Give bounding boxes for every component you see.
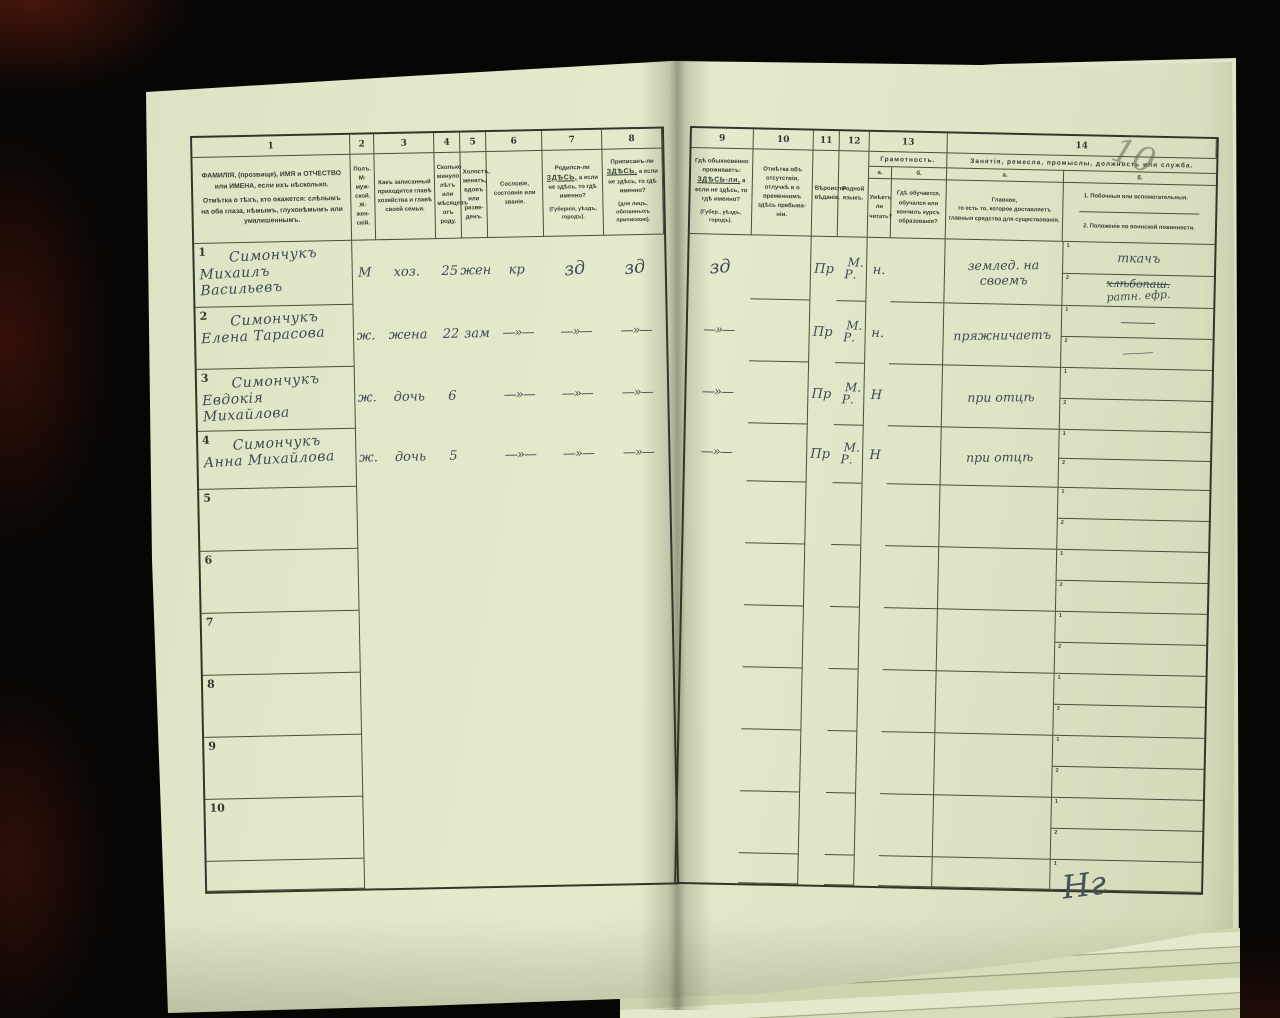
born-here-cell: —»— (547, 362, 608, 425)
estate-cell (496, 607, 553, 670)
sub-label-1: 1 (1067, 243, 1070, 249)
header-literacy: Грамотность. а. б. Умѣетъ ли читать? Гдѣ… (868, 152, 948, 240)
main-occupation-cell (934, 733, 1053, 797)
language-line2: Р. (842, 394, 854, 406)
language-line2: Р. (840, 454, 852, 466)
registered-here-cell: —»— (607, 360, 668, 423)
side-occupation-cell: 12 (1059, 430, 1211, 491)
sex-cell: ж. (356, 428, 381, 486)
side-occupation-sub2: 2 (1055, 642, 1207, 676)
estate-cell: —»— (489, 301, 546, 364)
sub-label-2: 2 (1066, 274, 1069, 280)
born-here-cell (549, 482, 610, 545)
born-here-cell (553, 668, 614, 731)
side-occupation-wrap: 1———2——— (1061, 306, 1213, 370)
marital-cell (475, 856, 502, 887)
side-occupation-wrap: 12 (1057, 488, 1209, 552)
relation-cell (384, 609, 445, 672)
religion-cell: Пр (810, 237, 837, 302)
sex-cell (362, 734, 387, 796)
side-occupation-sub1: 1 (1053, 736, 1205, 770)
registered-here-cell (615, 790, 676, 853)
relation-cell: жена (377, 303, 438, 366)
can-read-cell: Н (863, 426, 888, 484)
religion-cell: Пр (809, 301, 836, 364)
row-name-cell: 6 (200, 549, 359, 614)
side-occupation-wrap: 12 (1051, 798, 1203, 862)
main-occupation-cell: при отцѣ (941, 427, 1060, 487)
side-occupation-sub2: 2 (1060, 398, 1212, 432)
main-occupation-cell (938, 547, 1057, 611)
language-cell (825, 793, 856, 856)
religion-cell (805, 483, 832, 546)
sub-label-1: 1 (1055, 799, 1058, 805)
born-here-cell: —»— (545, 300, 606, 363)
absence-cell (748, 361, 809, 424)
language-cell: М.Р. (833, 425, 864, 484)
religion-cell (804, 545, 831, 608)
header-reg-pre: Приписанъ-ли (610, 159, 653, 166)
main-occupation-cell (933, 795, 1052, 859)
header-literacy-a: а. (869, 167, 892, 179)
row-name-cell (207, 859, 366, 892)
sub-label-2: 2 (1065, 337, 1068, 343)
estate-cell (498, 731, 555, 794)
registered-here-cell: —»— (608, 422, 669, 481)
row-name-cell: 9 (204, 735, 363, 800)
language-cell (829, 607, 860, 670)
header-occupation: Занятія, ремесла, промыслы, должность ил… (946, 153, 1217, 245)
header-name-main: ФАМИЛІЯ, (прозвище), ИМЯ и ОТЧЕСТВО или … (199, 169, 344, 193)
registered-here-cell (616, 852, 677, 883)
side-occupation-sub2: 2 (1051, 828, 1203, 862)
row-name-cell: 8 (203, 673, 362, 738)
age-cell: 22 (437, 303, 464, 366)
col-number-3: 3 (374, 133, 434, 154)
side-occupation-sub2: 2 (1056, 580, 1208, 614)
absence-cell (738, 853, 799, 884)
relation-cell (385, 671, 446, 734)
estate-cell (494, 545, 551, 608)
born-here-cell: —»— (548, 424, 609, 483)
usually-lives-cell (682, 542, 745, 605)
census-table-left-page: 1 2 3 4 5 6 7 8 ФАМИЛІЯ, (прозвище), ИМЯ… (190, 126, 679, 893)
school-cell (888, 364, 943, 427)
absence-cell (749, 299, 810, 362)
usually-lives-cell (683, 480, 746, 543)
language-cell (831, 483, 862, 546)
estate-cell: —»— (491, 363, 548, 426)
registered-here-cell: —»— (605, 298, 666, 361)
sub-label-2: 2 (1054, 829, 1057, 835)
row-name-cell: 1СимончукъМихаилъ Васильевъ (194, 241, 353, 308)
sub-label-1: 1 (1059, 613, 1062, 619)
header-occupation-military-desc: 2. Положеніе по воинской повинности. (1079, 212, 1199, 243)
main-occupation: при отцѣ (942, 366, 1060, 429)
born-here-cell (555, 792, 616, 855)
sub-label-2: 2 (1057, 705, 1060, 711)
header-literacy-b-desc: Гдѣ обучается, обучался или кончилъ курс… (891, 179, 946, 238)
absence-cell (744, 543, 805, 606)
header-absence: Отмѣтка объ отсутствіи, отлучкѣ и о врем… (752, 149, 814, 236)
estate-cell: —»— (492, 425, 549, 484)
usually-lives-cell: —»— (686, 360, 749, 423)
side-occupation-sub1: 1ткачъ (1063, 242, 1215, 277)
header-literacy-b: б. (892, 167, 946, 180)
side-occupation-cell: 12 (1060, 368, 1212, 433)
absence-cell (740, 729, 801, 792)
age-cell (442, 546, 469, 609)
side-occupation-sub2: 2 (1057, 518, 1209, 552)
sex-cell: ж. (353, 304, 378, 366)
school-cell (879, 794, 934, 857)
sub-label-1: 1 (1063, 431, 1066, 437)
military-status: ——— (1122, 346, 1153, 360)
relation-cell: хоз. (376, 239, 437, 304)
religion-cell (798, 854, 825, 885)
main-occupation-cell (939, 485, 1058, 549)
relation-cell (381, 485, 442, 548)
absence-cell (743, 605, 804, 668)
side-occupation-sub2: 2 (1059, 458, 1211, 490)
can-read-cell (856, 732, 881, 794)
registered-here-cell (612, 604, 673, 667)
can-read-cell (855, 794, 880, 856)
language-cell: М.Р. (836, 237, 867, 302)
side-occupation-cell: 12 (1057, 488, 1209, 553)
relation-cell: дочь (380, 427, 441, 486)
marital-cell (470, 608, 497, 671)
side-occupation-sub1: 1 (1057, 550, 1209, 584)
side-occupation-wrap: 12 (1056, 550, 1208, 614)
school-cell (883, 608, 938, 671)
header-name-column: ФАМИЛІЯ, (прозвище), ИМЯ и ОТЧЕСТВО или … (192, 155, 352, 244)
usually-lives-cell (676, 852, 739, 883)
header-born-here: Родился-ли ЗДѢСЬ, а если не здѣсь, то гд… (542, 150, 604, 237)
language-line2: Р. (844, 269, 856, 281)
main-occupation-cell: землед. на своемъ (944, 239, 1063, 305)
row-number: 7 (206, 616, 214, 629)
side-occupation-cell: 12 (1052, 736, 1204, 801)
military-status: ратн. ефр. (1106, 289, 1170, 304)
born-here-cell (550, 544, 611, 607)
side-occupation-sub1: 1 (1051, 798, 1203, 832)
usually-lives-cell (678, 728, 741, 791)
header-occupation-main-desc: то есть то, которое доставляетъ главныя … (947, 205, 1061, 226)
language-line2: Р. (843, 332, 855, 344)
sub-label-2: 2 (1058, 643, 1061, 649)
sub-label-1: 1 (1057, 675, 1060, 681)
header-registered-here: Приписанъ-ли ЗДѢСЬ, а если не здѣсь, то … (602, 149, 664, 236)
can-read-cell: Н (864, 364, 889, 426)
row-name-cell: 10 (205, 797, 364, 862)
estate-cell (497, 669, 554, 732)
header-reg-note: (для лицъ, обязанныхъ припискою). (605, 199, 660, 225)
sex-cell: ж. (355, 366, 380, 428)
side-occupation-wrap: 12 (1053, 674, 1205, 738)
header-occupation-side-desc: 1. Побочныя или вспомогательныя. (1079, 183, 1199, 214)
header-lives-note: (Губер., уѣздъ, городъ). (692, 208, 749, 226)
school-cell (878, 856, 933, 887)
registered-here-cell (609, 480, 670, 543)
estate-cell: кр (488, 237, 545, 302)
header-born-note: (Губернія, уѣздъ, городъ). (545, 205, 600, 223)
marital-cell (473, 794, 500, 857)
side-occupation-wrap: 12 (1060, 368, 1212, 432)
col-number-10: 10 (754, 129, 814, 150)
row-number: 10 (209, 801, 225, 814)
registered-here-cell (613, 666, 674, 729)
row-name-cell: 5 (199, 487, 358, 552)
side-occupation-sub2: 2хлѣбопаш.ратн. ефр. (1062, 273, 1214, 308)
side-occupation-value: ——— (1062, 306, 1214, 339)
header-religion: Вѣроиспо-вѣданіе. (812, 151, 840, 238)
header-lives-emph: ЗДѢСЬ-ли, (697, 176, 740, 184)
religion-cell (803, 606, 830, 669)
side-occupation-cell: 12 (1051, 798, 1203, 863)
side-occupation-cell: 12 (1055, 612, 1207, 677)
marital-cell: зам (463, 302, 490, 365)
side-occupation-wrap: 12 (1059, 430, 1211, 490)
side-occupation-sub1: 1 (1060, 368, 1212, 402)
school-cell (880, 732, 935, 795)
scan-background: 1 2 3 4 5 6 7 8 ФАМИЛІЯ, (прозвище), ИМЯ… (0, 0, 1280, 1018)
age-cell: 5 (440, 427, 467, 486)
religion-cell (799, 792, 826, 855)
registered-here-cell (614, 728, 675, 791)
sub-label-1: 1 (1061, 489, 1064, 495)
marital-cell (471, 670, 498, 733)
sub-label-2: 2 (1061, 519, 1064, 525)
side-occupation-sub2: 2 (1053, 704, 1205, 738)
side-occupation-sub1: 1——— (1062, 306, 1214, 340)
col-number-6: 6 (486, 131, 542, 152)
usually-lives-cell: —»— (687, 298, 750, 361)
main-occupation-cell: пряжничаетъ (943, 303, 1062, 367)
sex-cell (365, 858, 390, 888)
language-cell: М.Р. (834, 363, 865, 426)
header-literacy-a-desc: Умѣетъ ли читать? (868, 179, 892, 237)
side-occupation-cell: 12 (1053, 674, 1205, 739)
school-cell (890, 238, 945, 303)
side-occupation-sub2: 2 (1052, 766, 1204, 800)
row-name-cell: 7 (202, 611, 361, 676)
sex-cell (358, 548, 383, 610)
estate-cell (493, 483, 550, 546)
born-here-cell (554, 730, 615, 793)
sub-label-1: 1 (1064, 369, 1067, 375)
school-cell (881, 670, 936, 733)
col-number-8: 8 (602, 129, 662, 150)
absence-cell (747, 423, 808, 482)
age-cell (441, 485, 468, 548)
born-here-cell: зд (541, 233, 608, 304)
sex-cell (361, 672, 386, 734)
row-number: 6 (204, 554, 212, 567)
relation-cell (389, 857, 450, 888)
sub-label-1: 1 (1054, 861, 1057, 867)
header-literacy-title: Грамотность. (869, 152, 946, 169)
absence-cell (745, 481, 806, 544)
header-marital: Холостъ, женатъ, вдовъ или разве-денъ. (460, 152, 488, 239)
side-occupation-cell: 12 (1056, 550, 1208, 615)
row-name-cell: 3СимончукъЕвдокія Михайлова (197, 367, 356, 432)
religion-cell (801, 668, 828, 731)
sex-cell (360, 610, 385, 672)
row-number: 5 (203, 492, 211, 505)
col-number-4: 4 (434, 133, 460, 154)
header-estate: Сословіе, состояніе или званіе. (486, 151, 544, 238)
usually-lives-cell: —»— (685, 422, 748, 481)
sex-cell (357, 486, 382, 548)
col-number-5: 5 (460, 132, 486, 153)
sex-cell (363, 796, 388, 858)
marital-cell (467, 484, 494, 547)
header-occupation-b-desc: 1. Побочныя или вспомогательныя. 2. Поло… (1063, 183, 1216, 244)
religion-cell (800, 730, 827, 793)
side-occupation-sub1: 1 (1058, 488, 1210, 522)
sub-label-2: 2 (1059, 581, 1062, 587)
side-occupation-sub1: 1 (1054, 674, 1206, 708)
header-born-pre: Родился-ли (555, 164, 590, 171)
main-occupation-cell (937, 609, 1056, 673)
main-occupation-cell (935, 671, 1054, 735)
school-cell (889, 302, 944, 365)
header-relation: Какъ записанный приходится главѣ хозяйст… (374, 153, 436, 240)
religion-cell: Пр (807, 425, 834, 484)
side-occupation-sub1: 1 (1055, 612, 1207, 646)
sub-label-1: 1 (1065, 307, 1068, 313)
col-number-9: 9 (692, 128, 754, 149)
age-cell (445, 670, 472, 733)
relation-cell: дочь (379, 365, 440, 428)
col-number-13: 13 (869, 132, 947, 154)
row-name-cell: 2СимончукъЕлена Тарасова (195, 305, 354, 370)
side-occupation-wrap: 1ткачъ2хлѣбопаш.ратн. ефр. (1062, 242, 1214, 308)
absence-cell (741, 667, 802, 730)
school-cell (885, 484, 940, 547)
absence-cell (750, 235, 811, 300)
age-cell (447, 794, 474, 857)
language-cell (827, 669, 858, 732)
age-cell: 6 (439, 365, 466, 428)
row-number: 8 (207, 678, 215, 691)
absence-cell (739, 791, 800, 854)
sub-label-2: 2 (1056, 767, 1059, 773)
side-occupation-cell: 1———2——— (1061, 306, 1213, 371)
main-occupation-cell (932, 857, 1051, 889)
sub-label-1: 1 (1060, 551, 1063, 557)
col-number-11: 11 (814, 131, 840, 152)
sub-label-1: 1 (1056, 737, 1059, 743)
relation-cell (382, 547, 443, 610)
age-cell (449, 856, 476, 887)
can-read-cell (857, 670, 882, 732)
header-reg-emph: ЗДѢСЬ, (607, 168, 638, 176)
relation-cell (387, 795, 448, 858)
row-number: 9 (208, 740, 216, 753)
usually-lives-cell (677, 790, 740, 853)
relation-cell (386, 733, 447, 796)
side-occupation-sub1: 1 (1059, 430, 1211, 462)
side-occupation-sub2: 2——— (1061, 336, 1213, 370)
can-read-cell: н. (865, 302, 890, 364)
born-here-cell (556, 854, 617, 885)
can-read-cell: н. (866, 238, 891, 302)
can-read-cell (854, 856, 879, 886)
age-cell (446, 732, 473, 795)
header-lives-pre: Гдѣ обыкновенно проживаетъ: (695, 158, 749, 174)
usually-lives-cell (679, 666, 742, 729)
can-read-cell (861, 484, 886, 546)
language-cell: М.Р. (835, 301, 866, 364)
born-here-cell (552, 606, 613, 669)
religion-cell: Пр (808, 363, 835, 426)
age-cell (444, 608, 471, 671)
main-occupation-cell: при отцѣ (942, 365, 1061, 429)
sub-label-2: 2 (1063, 399, 1066, 405)
can-read-cell (860, 546, 885, 608)
sex-cell: М (352, 240, 377, 304)
side-occupation-cell: 1ткачъ2хлѣбопаш.ратн. ефр. (1062, 242, 1214, 309)
can-read-cell (859, 608, 884, 670)
registered-here-cell: зд (601, 232, 668, 303)
main-occupation: при отцѣ (941, 428, 1059, 487)
header-sex: Полъ. М-муж-ской. Ж-жен-скій. (350, 154, 376, 240)
header-name-note: Отмѣтка о тѣхъ, кто окажется: слѣпымъ на… (199, 194, 345, 228)
marital-cell (465, 364, 492, 427)
header-language: Родной языкъ. (838, 151, 870, 238)
census-table-right-page: 9 10 11 12 13 14 Гдѣ обыкновенно прожива… (674, 126, 1219, 895)
col-number-7: 7 (542, 130, 602, 151)
header-occupation-a-desc: Главное, то есть то, которое доставляетъ… (946, 180, 1064, 240)
col-number-12: 12 (840, 131, 870, 152)
marital-cell (472, 732, 499, 795)
marital-cell (466, 426, 493, 485)
header-born-emph: ЗДѢСЬ, (547, 174, 578, 182)
usually-lives-cell: зд (686, 232, 753, 301)
side-occupation-wrap: 12 (1052, 736, 1204, 800)
school-cell (887, 426, 942, 485)
side-occupation-wrap: 12 (1055, 612, 1207, 676)
header-usually-lives: Гдѣ обыкновенно проживаетъ: ЗДѢСЬ-ли, а … (690, 148, 754, 235)
estate-cell (501, 855, 558, 886)
main-occupation: землед. на своемъ (945, 240, 1063, 305)
language-cell (826, 731, 857, 794)
marital-cell: жен (462, 238, 489, 303)
row-name-cell: 4СимончукъАнна Михайлова (198, 429, 357, 490)
ink-mark: Нг (1060, 863, 1108, 906)
side-occupation-value: ткачъ (1063, 242, 1215, 276)
marital-cell (468, 546, 495, 609)
col-number-2: 2 (350, 134, 374, 154)
estate-cell (499, 793, 556, 856)
school-cell (884, 546, 939, 609)
registered-here-cell (610, 542, 671, 605)
language-cell (830, 545, 861, 608)
language-cell (824, 855, 855, 886)
usually-lives-cell (681, 604, 744, 667)
sub-label-2: 2 (1062, 459, 1065, 465)
main-occupation: пряжничаетъ (943, 304, 1061, 367)
header-age: Сколько минуло лѣтъ или мѣсяцевъ отъ род… (434, 153, 462, 240)
